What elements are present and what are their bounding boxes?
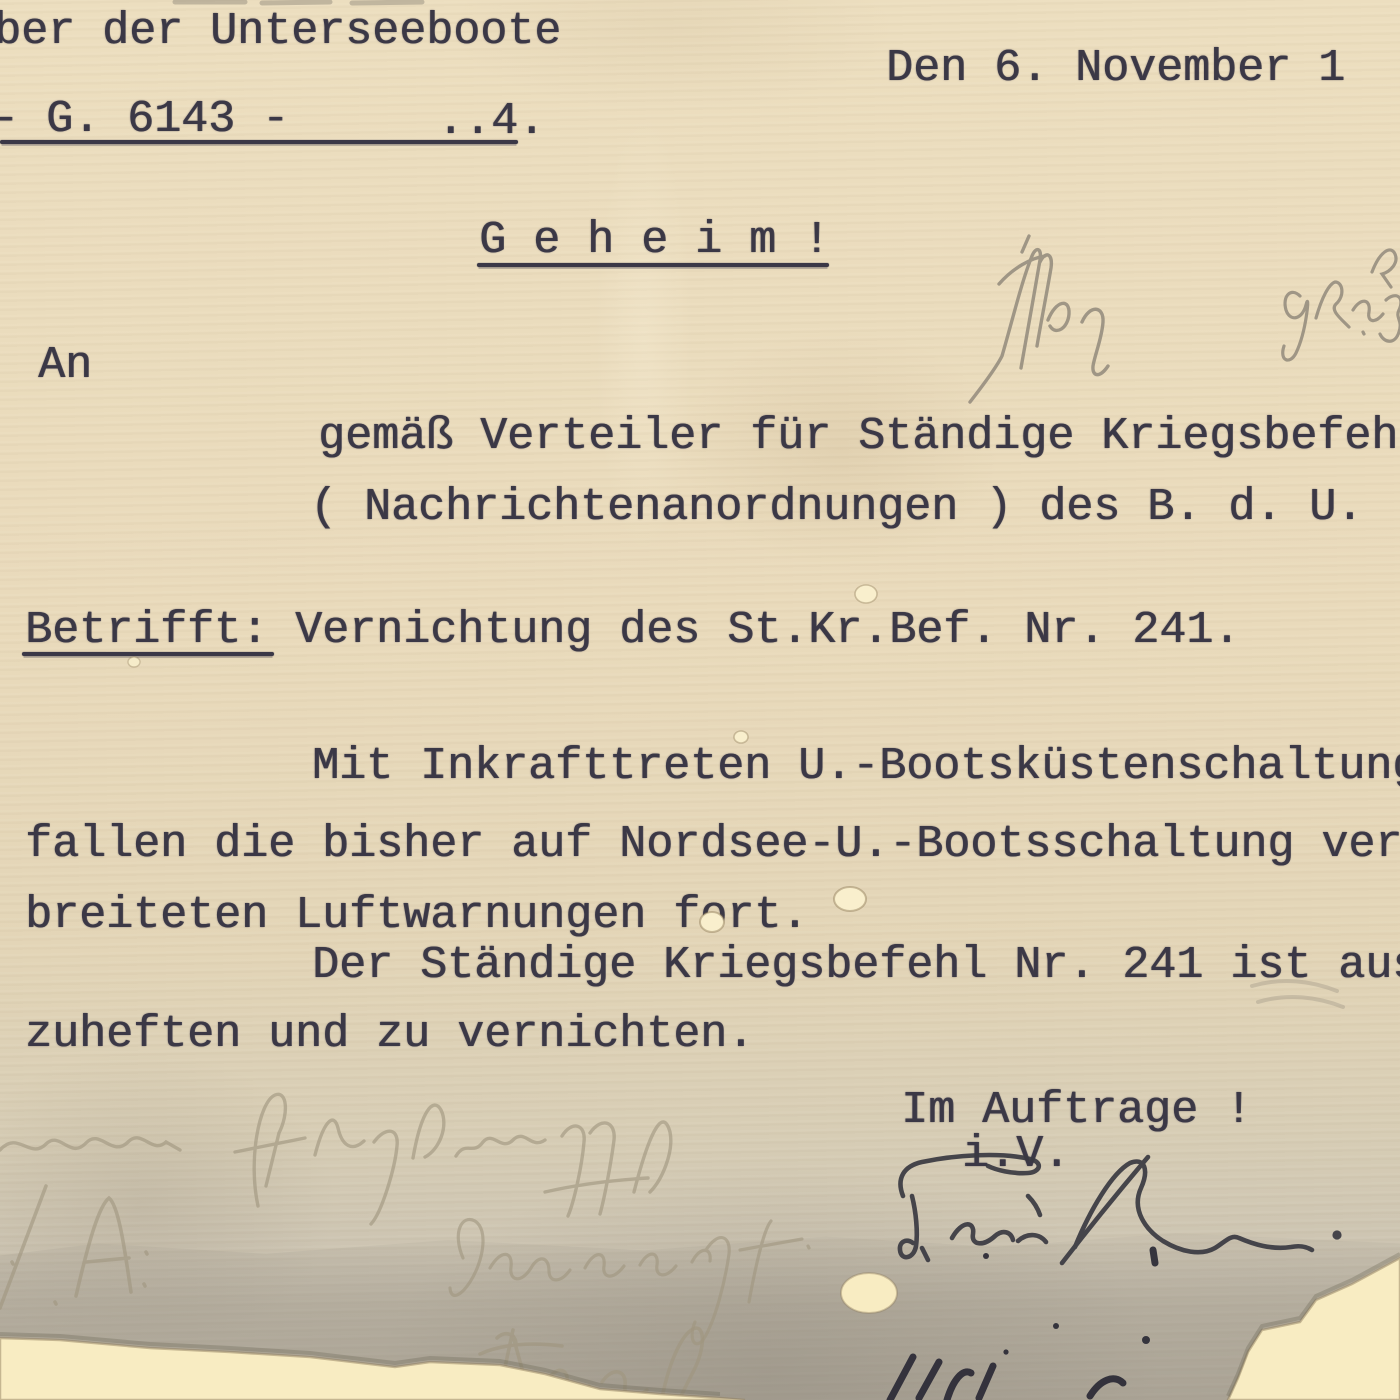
- torn-corner-right: [1228, 1254, 1400, 1400]
- paper-holes: [128, 585, 897, 1313]
- document-page: ber der Unterseeboote - G. 6143 - ..4. D…: [0, 0, 1400, 1400]
- ink-and-damage-layer: [0, 0, 1400, 1400]
- torn-corner-left: [0, 1334, 745, 1400]
- signature-icon: [900, 1155, 1342, 1263]
- bottom-ink-marks: [890, 1250, 1155, 1400]
